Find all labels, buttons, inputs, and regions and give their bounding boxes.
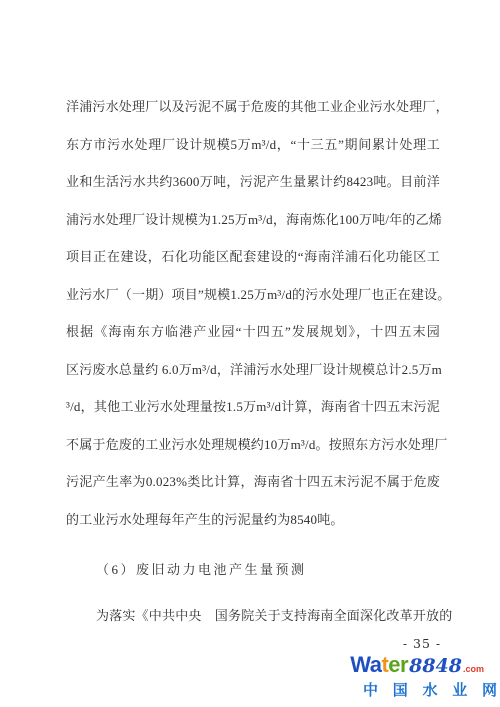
logo-text-part: er bbox=[388, 653, 408, 677]
logo-text-part: Wa bbox=[350, 653, 381, 677]
text-line: 业和生活污水共约3600万吨，污泥产生量累计约8423吨。目前洋 bbox=[66, 163, 440, 201]
body-text: 洋浦污水处理厂以及污泥不属于危废的其他工业企业污水处理厂， 东方市污水处理厂设计… bbox=[66, 88, 440, 634]
logo-text-part: t bbox=[381, 653, 388, 677]
text-line: ³/d，其他工业污水处理量按1.5万m³/d计算，海南省十四五末污泥 bbox=[66, 388, 440, 426]
text-line: 污泥产生率为0.023%类比计算，海南省十四五末污泥不属于危废 bbox=[66, 463, 440, 501]
water8848-watermark: Wa t er 8848 .com 中国水业网 bbox=[363, 653, 497, 700]
text-line: 业污水厂（一期）项目”规模1.25万m³/d的污水处理厂也正在建设。 bbox=[66, 276, 440, 314]
text-line: 不属于危废的工业污水处理规模约10万m³/d。按照东方污水处理厂 bbox=[66, 426, 440, 464]
section-heading: （6）废旧动力电池产生量预测 bbox=[66, 551, 440, 589]
text-line: 项目正在建设，石化功能区配套建设的“海南洋浦石化功能区工 bbox=[66, 238, 440, 276]
text-line: 的工业污水处理每年产生的污泥量约为8540吨。 bbox=[66, 501, 440, 539]
text-line: 洋浦污水处理厂以及污泥不属于危废的其他工业企业污水处理厂， bbox=[66, 88, 440, 126]
page-number: - 35 - bbox=[372, 636, 472, 651]
text-line: 为落实《中共中央 国务院关于支持海南全面深化改革开放的 bbox=[66, 597, 440, 635]
logo-number: 8848 bbox=[409, 654, 462, 678]
text-line: 东方市污水处理厂设计规模5万m³/d，“十三五”期间累计处理工 bbox=[66, 126, 440, 164]
logo-tld: .com bbox=[463, 657, 484, 681]
water8848-logo: Wa t er 8848 .com bbox=[363, 653, 497, 681]
text-line: 区污废水总量约 6.0万m³/d，洋浦污水处理厂设计规模总计2.5万m bbox=[66, 351, 440, 389]
text-line: 浦污水处理厂设计规模为1.25万m³/d，海南炼化100万吨/年的乙烯 bbox=[66, 201, 440, 239]
document-page: 洋浦污水处理厂以及污泥不属于危废的其他工业企业污水处理厂， 东方市污水处理厂设计… bbox=[0, 0, 500, 707]
text-line: 根据《海南东方临港产业园“十四五”发展规划》，十四五末园 bbox=[66, 313, 440, 351]
logo-tagline: 中国水业网 bbox=[363, 682, 497, 700]
